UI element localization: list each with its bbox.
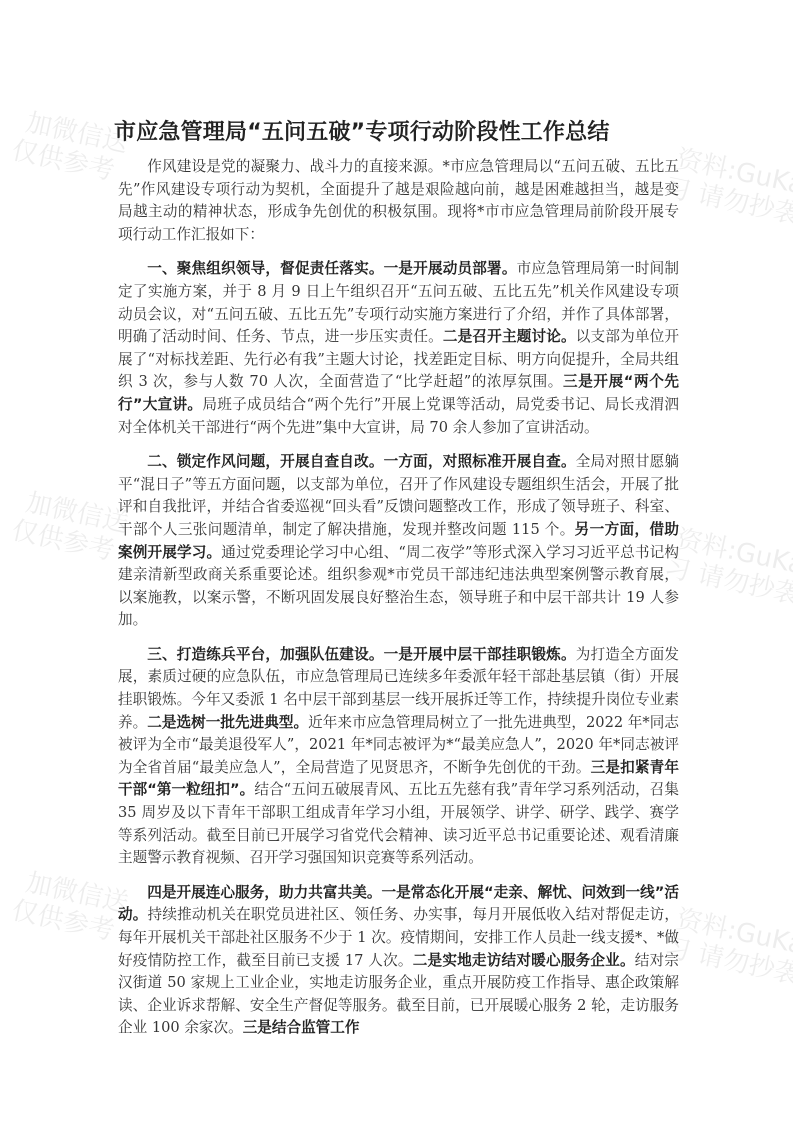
paragraph-text: 局班子成员结合“两个先行”开展上党课等活动，局党委书记、局长戎渭泗对全体机关干部… [118, 396, 679, 436]
paragraph-section-2: 二、锁定作风问题，开展自查自改。一方面，对照标准开展自查。全局对照甘愿躺平“混日… [118, 451, 679, 632]
watermark-text: 习 请勿抄袭 [661, 932, 793, 991]
watermark-text: 仅供参考 [9, 516, 125, 569]
subsection-heading: 二是实地走访结对暖心服务企业。 [413, 952, 635, 969]
section-heading: 三、打造练兵平台，加强队伍建设。一是开展中层干部挂职锻炼。 [147, 646, 576, 663]
watermark-right-mid: 资料:GuKai 习 请勿抄袭 [667, 524, 793, 611]
watermark-right-bottom: 资料:GuKai 习 请勿抄袭 [667, 904, 793, 991]
watermark-left-bottom: 加微信送 仅供参考 [17, 868, 131, 948]
subsection-heading: 三是结合监管工作 [243, 1019, 360, 1036]
watermark-right-top: 资料:GuKai 习 请勿抄袭 [667, 144, 793, 231]
watermark-left-mid: 加微信送 仅供参考 [17, 488, 131, 568]
section-heading: 一、聚焦组织领导，督促责任落实。一是开展动员部署。 [147, 260, 516, 277]
section-heading: 二、锁定作风问题，开展自查自改。一方面，对照标准开展自查。 [147, 453, 576, 470]
document-page: 市应急管理局“五问五破”专项行动阶段性工作总结 作风建设是党的凝聚力、战斗力的直… [118, 116, 679, 1052]
watermark-text: 仅供参考 [9, 136, 125, 189]
watermark-text: 加微信送 [23, 488, 131, 539]
watermark-text: 资料:GuKai [673, 144, 793, 202]
watermark-text: 资料:GuKai [673, 524, 793, 582]
paragraph-intro: 作风建设是党的凝聚力、战斗力的直接来源。*市应急管理局以“五问五破、五比五先”作… [118, 156, 679, 246]
subsection-heading: 二是选树一批先进典型。 [147, 714, 308, 731]
paragraph-section-3: 三、打造练兵平台，加强队伍建设。一是开展中层干部挂职锻炼。为打造全方面发展，素质… [118, 644, 679, 870]
subsection-heading: 二是召开主题讨论。 [443, 328, 576, 345]
watermark-text: 习 请勿抄袭 [661, 552, 793, 611]
document-title: 市应急管理局“五问五破”专项行动阶段性工作总结 [114, 116, 679, 150]
paragraph-section-4: 四是开展连心服务，助力共富共美。一是常态化开展“走亲、解忧、问效到一线”活动。持… [118, 882, 679, 1040]
watermark-text: 资料:GuKai [673, 904, 793, 962]
watermark-text: 加微信送 [23, 868, 131, 919]
watermark-text: 仅供参考 [9, 896, 125, 949]
watermark-text: 习 请勿抄袭 [661, 172, 793, 231]
paragraph-section-1: 一、聚焦组织领导，督促责任落实。一是开展动员部署。市应急管理局第一时间制定了实施… [118, 258, 679, 439]
paragraph-text: 作风建设是党的凝聚力、战斗力的直接来源。*市应急管理局以“五问五破、五比五先”作… [118, 158, 679, 243]
